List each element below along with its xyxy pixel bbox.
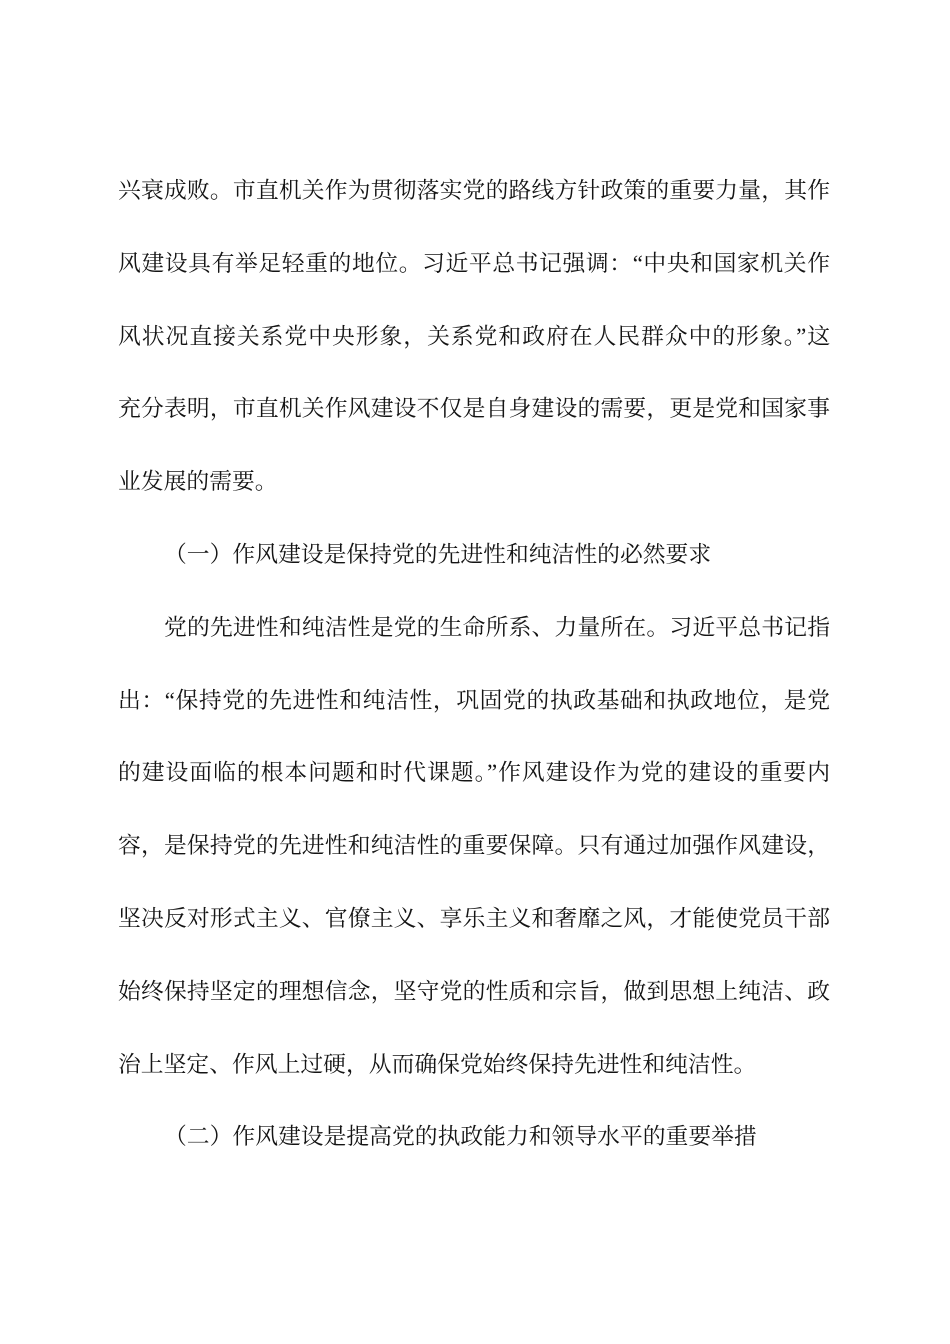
section-heading: （二）作风建设是提高党的执政能力和领导水平的重要举措 <box>118 1101 830 1174</box>
document-page: 兴衰成败。市直机关作为贯彻落实党的路线方针政策的重要力量，其作风建设具有举足轻重… <box>0 0 950 1344</box>
text-line: 党的先进性和纯洁性是党的生命所系、力量所在。习近平总书记指 <box>118 592 830 665</box>
text-line: 出：“保持党的先进性和纯洁性，巩固党的执政基础和执政地位，是党 <box>118 665 830 738</box>
text-line: 治上坚定、作风上过硬，从而确保党始终保持先进性和纯洁性。 <box>118 1029 830 1102</box>
text-line: 业发展的需要。 <box>118 446 830 519</box>
text-line: 风状况直接关系党中央形象，关系党和政府在人民群众中的形象。”这 <box>118 301 830 374</box>
text-line: 兴衰成败。市直机关作为贯彻落实党的路线方针政策的重要力量，其作 <box>118 155 830 228</box>
document-body: 兴衰成败。市直机关作为贯彻落实党的路线方针政策的重要力量，其作风建设具有举足轻重… <box>118 155 830 1174</box>
text-line: 充分表明，市直机关作风建设不仅是自身建设的需要，更是党和国家事 <box>118 373 830 446</box>
text-line: 始终保持坚定的理想信念，坚守党的性质和宗旨，做到思想上纯洁、政 <box>118 956 830 1029</box>
text-line: 坚决反对形式主义、官僚主义、享乐主义和奢靡之风，才能使党员干部 <box>118 883 830 956</box>
section-heading: （一）作风建设是保持党的先进性和纯洁性的必然要求 <box>118 519 830 592</box>
text-line: 的建设面临的根本问题和时代课题。”作风建设作为党的建设的重要内 <box>118 737 830 810</box>
text-line: 风建设具有举足轻重的地位。习近平总书记强调：“中央和国家机关作 <box>118 228 830 301</box>
text-line: 容，是保持党的先进性和纯洁性的重要保障。只有通过加强作风建设， <box>118 810 830 883</box>
